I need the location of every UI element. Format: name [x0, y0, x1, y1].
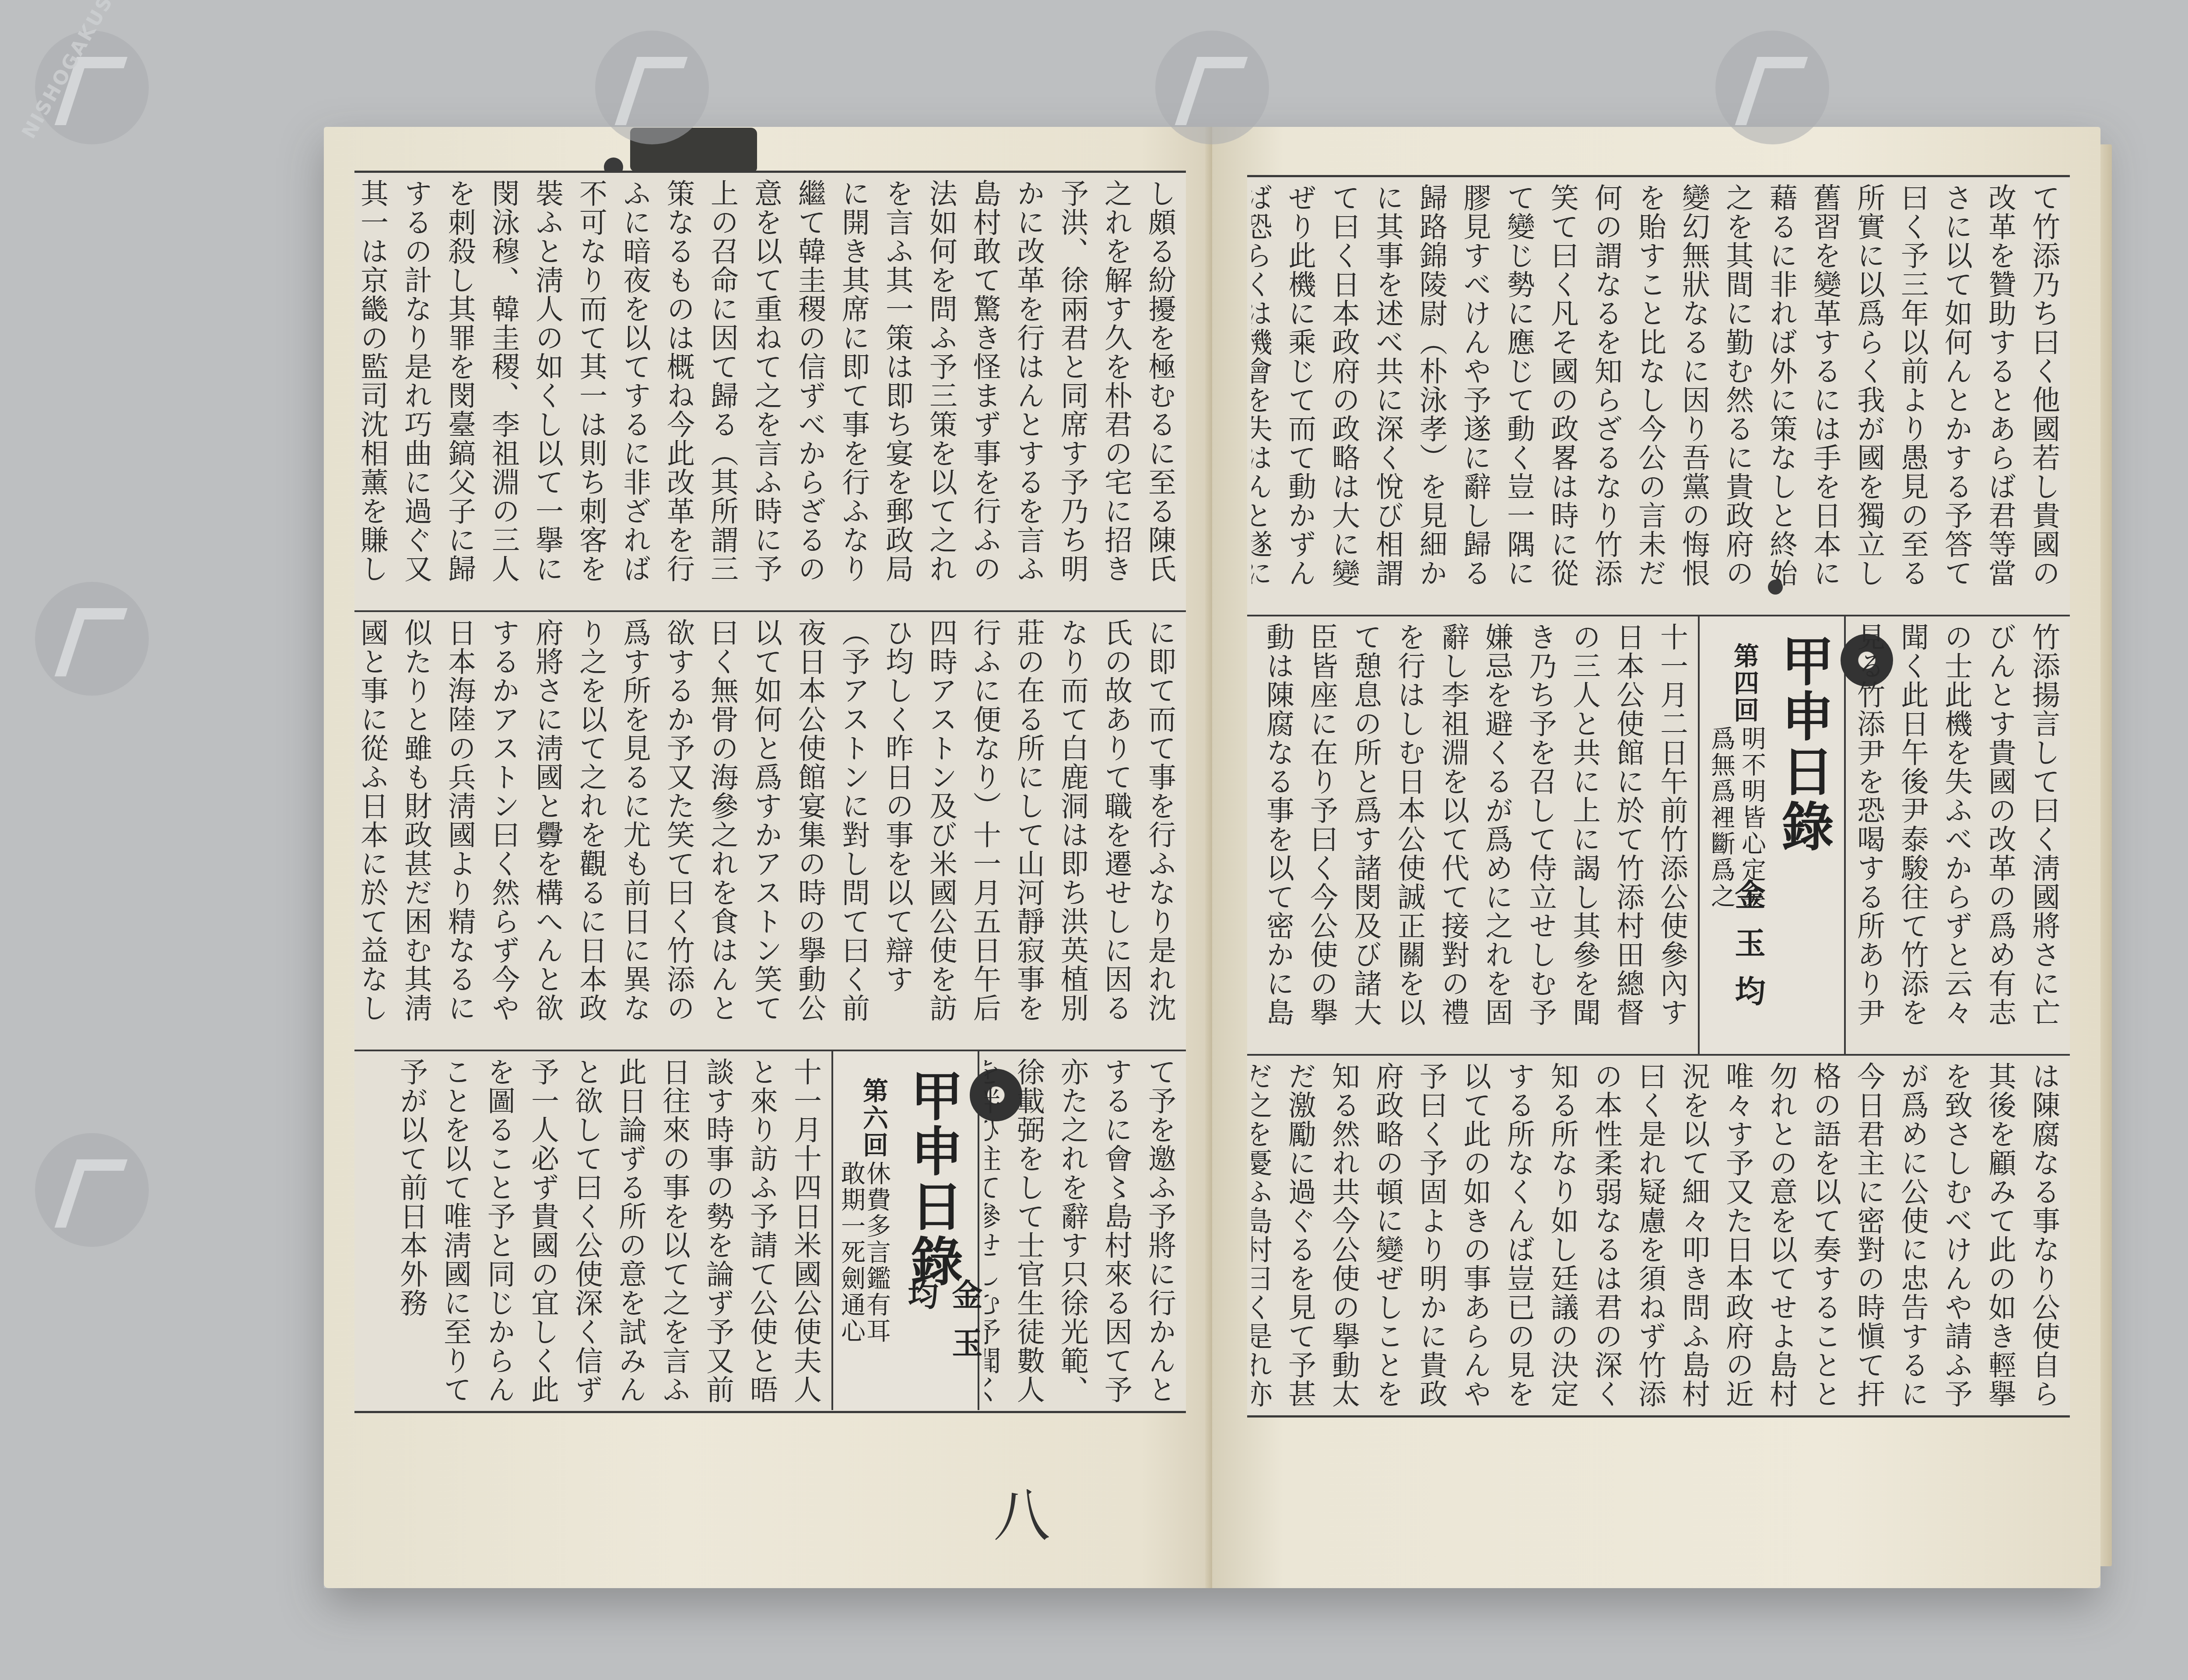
- left-top-text: し頗る紛擾を極むるに至る陳氏之れを解す久を朴君の宅に招き予洪、徐兩君と同席す予乃…: [359, 179, 1182, 606]
- right-top-tier: て竹添乃ち曰く他國若し貴國の改革を贊助するとあらば君等當さに以て如何んとかする予…: [1247, 177, 2070, 616]
- left-middle-text: に即て而て事を行ふなり是れ沈氏の故ありて職を遷せしに因るなり而て白鹿洞は即ち洪英…: [359, 618, 1182, 1045]
- watermark-logo: [35, 1133, 149, 1247]
- page-number: 八: [993, 1470, 1050, 1552]
- right-middle-text-before-header: 竹添揚言して曰く淸國將さに亡びんとす貴國の改革の爲め有志の士此機を失ふべからずと…: [1851, 623, 2065, 1050]
- open-book: し頗る紛擾を極むるに至る陳氏之れを解す久を朴君の宅に招き予洪、徐兩君と同席す予乃…: [324, 127, 2100, 1588]
- right-page: て竹添乃ち曰く他國若し貴國の改革を贊助するとあらば君等當さに以て如何んとかする予…: [1212, 127, 2100, 1588]
- left-text-block: し頗る紛擾を極むるに至る陳氏之れを解す久を朴君の宅に招き予洪、徐兩君と同席す予乃…: [354, 171, 1186, 1413]
- header-verse-1: 明不明皆心定矣: [1735, 726, 1769, 910]
- left-middle-tier: に即て而て事を行ふなり是れ沈氏の故ありて職を遷せしに因るなり而て白鹿洞は即ち洪英…: [354, 612, 1186, 1051]
- right-bottom-tier: は陳腐なる事なり公使自ら其後を顧みて此の如き輕擧を致さしむべけんや請ふ予が爲めに…: [1247, 1056, 2070, 1414]
- header-chapter: 第六回: [855, 1078, 892, 1159]
- header-verse-2: 爲無爲裡斷爲之: [1704, 726, 1738, 910]
- header-chapter: 第四回: [1726, 643, 1763, 724]
- watermark-text: NISHOGAKUSHA: [18, 0, 135, 143]
- left-bottom-tier: 十一月十四日米國公使夫人と來り訪ふ予請て公使と晤談す時事の勢を論ず予又前日往來の…: [354, 1051, 1186, 1410]
- watermark-logo: [35, 582, 149, 696]
- header-verse-2: 敢期一死劍通心: [834, 1161, 868, 1344]
- left-bottom-text-after-header: 十一月十四日米國公使夫人と來り訪ふ予請て公使と晤談す時事の勢を論ず予又前日往來の…: [359, 1057, 827, 1406]
- left-bottom-text-before-header: て予を邀ふ予將に行かんとするに會〻島村來る因て予亦た之れを辭す只徐光範、徐載弼を…: [985, 1057, 1182, 1406]
- ink-blot: [630, 128, 757, 171]
- chapter-header-6: 甲申日錄 金玉均 第六回 休費多言鑑有耳 敢期一死劍通心: [831, 1051, 979, 1410]
- left-top-tier: し頗る紛擾を極むるに至る陳氏之れを解す久を朴君の宅に招き予洪、徐兩君と同席す予乃…: [354, 173, 1186, 612]
- ink-spot: [1768, 580, 1783, 595]
- right-middle-tier: 十一月二日午前竹添公使參內す日本公使館に於て竹添村田總督の三人と共に上に謁し其參…: [1247, 616, 2070, 1056]
- watermark-logo: [35, 31, 149, 144]
- chapter-header-4: 甲申日錄 金玉均 第四回 明不明皆心定矣 爲無爲裡斷爲之: [1698, 616, 1846, 1054]
- right-bottom-text: は陳腐なる事なり公使自ら其後を顧みて此の如き輕擧を致さしむべけんや請ふ予が爲めに…: [1252, 1062, 2065, 1410]
- right-text-block: て竹添乃ち曰く他國若し貴國の改革を贊助するとあらば君等當さに以て如何んとかする予…: [1247, 175, 2070, 1417]
- right-middle-text-after-header: 十一月二日午前竹添公使參內す日本公使館に於て竹添村田總督の三人と共に上に謁し其參…: [1252, 623, 1694, 1050]
- right-top-text: て竹添乃ち曰く他國若し貴國の改革を贊助するとあらば君等當さに以て如何んとかする予…: [1252, 183, 2065, 610]
- header-author: 金玉均: [899, 1279, 987, 1410]
- left-page: し頗る紛擾を極むるに至る陳氏之れを解す久を朴君の宅に招き予洪、徐兩君と同席す予乃…: [324, 127, 1212, 1588]
